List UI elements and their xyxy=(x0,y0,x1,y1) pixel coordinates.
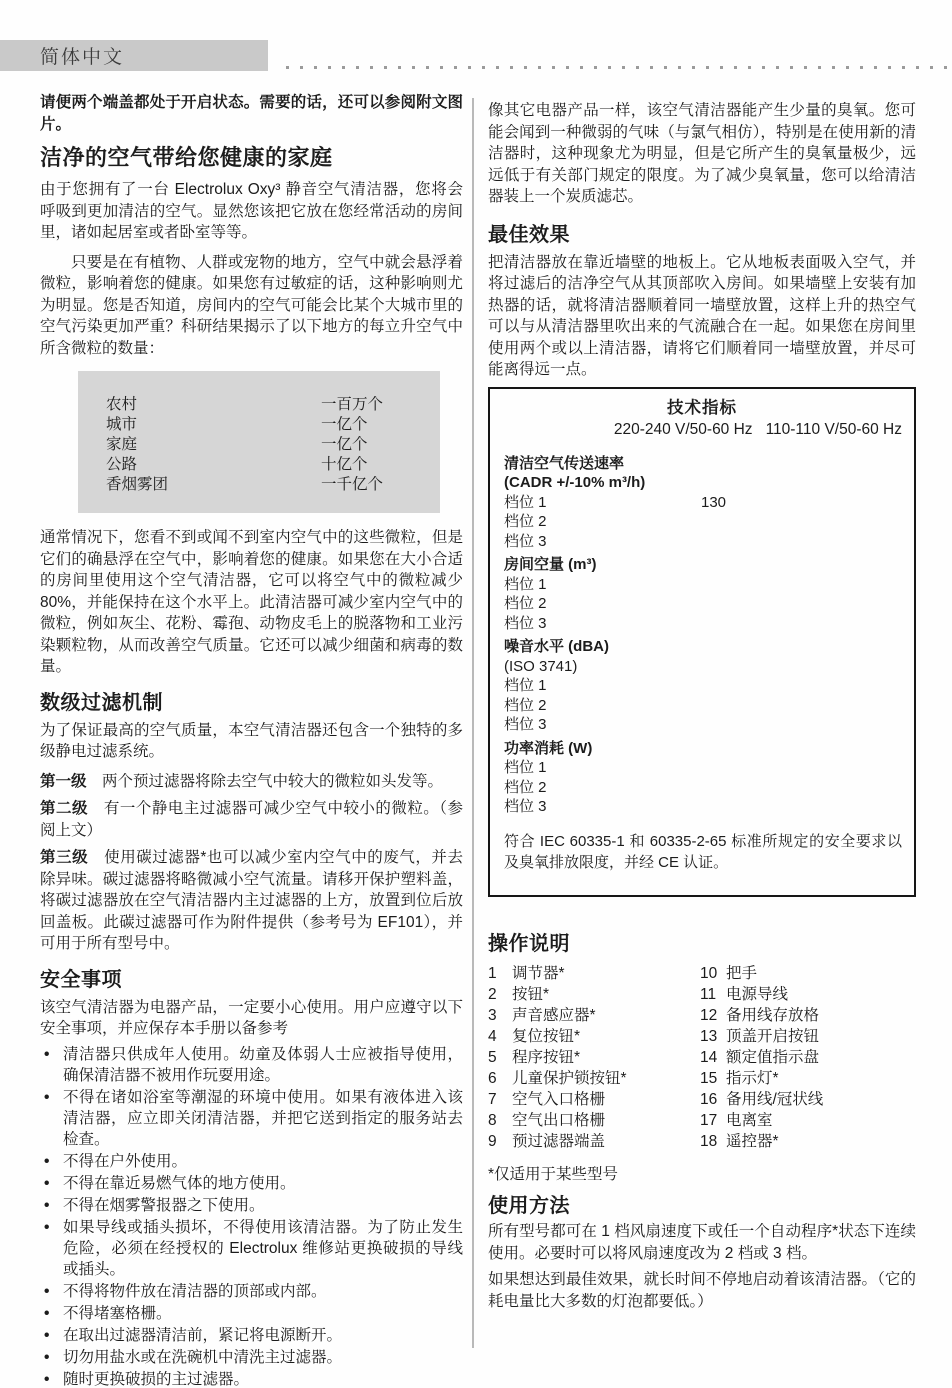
safety-item: 清洁器只供成年人使用。幼童及体弱人士应被指导使用，确保清洁器不被用作玩耍用途。 xyxy=(40,1044,463,1086)
section-title-filter: 数级过滤机制 xyxy=(40,690,463,716)
spec-row: 档位 2 xyxy=(504,594,902,614)
safety-item: 在取出过滤器清洁前，紧记将电源断开。 xyxy=(40,1325,463,1346)
safety-list: 清洁器只供成年人使用。幼童及体弱人士应被指导使用，确保清洁器不被用作玩耍用途。 … xyxy=(40,1044,463,1388)
spec-row: 档位 3 xyxy=(504,532,902,552)
language-tab-label: 简体中文 xyxy=(40,42,124,69)
spec-row: 档位 2 xyxy=(504,778,902,798)
paragraph-particles: 只要是在有植物、人群或宠物的地方，空气中就会悬浮着微粒，影响着您的健康。如果您有… xyxy=(40,252,463,360)
spec-heading: 噪音水平 (dBA) xyxy=(504,637,902,657)
section-title-usage: 使用方法 xyxy=(488,1193,916,1219)
filter-stage: 第三级 使用碳过滤器*也可以减少室内空气中的废气，并去除异味。碳过滤器将略微减小… xyxy=(40,847,463,955)
filter-stage: 第二级 有一个静电主过滤器可减少空气中较小的微粒。（参阅上文） xyxy=(40,798,463,841)
paragraph-usage-1: 所有型号都可在 1 档风扇速度下或任一个自动程序*状态下连续使用。必要时可以将风… xyxy=(488,1221,916,1264)
safety-item: 随时更换破损的主过滤器。 xyxy=(40,1369,463,1388)
stage-text: 两个预过滤器将除去空气中较大的微粒如头发等。 xyxy=(102,773,443,790)
section-title-operation: 操作说明 xyxy=(488,931,916,957)
safety-item: 不得堵塞格栅。 xyxy=(40,1303,463,1324)
specs-voltage-row: 220-240 V/50-60 Hz110-110 V/50-60 Hz xyxy=(498,419,906,440)
right-column: 像其它电器产品一样，该空气清洁器能产生少量的臭氧。您可能会闻到一种微弱的气味（与… xyxy=(488,92,916,1312)
safety-item: 不得在诸如浴室等潮湿的环境中使用。如果有液体进入该清洁器，应立即关闭清洁器，并把… xyxy=(40,1087,463,1150)
dotted-separator xyxy=(286,66,950,69)
tech-specs-box: 技术指标 220-240 V/50-60 Hz110-110 V/50-60 H… xyxy=(488,387,916,897)
spec-section-cadr: 清洁空气传送速率 (CADR +/-10% m³/h) 档位 1130 档位 2… xyxy=(504,454,902,552)
parts-row: 3声音感应器*12备用线存放格 xyxy=(488,1005,916,1026)
spec-row: 档位 1 xyxy=(504,575,902,595)
filter-stages: 第一级 两个预过滤器将除去空气中较大的微粒如头发等。 第二级 有一个静电主过滤器… xyxy=(40,771,463,955)
table-row: 香烟雾团 一千亿个 xyxy=(106,475,430,495)
parts-row: 4复位按钮*13顶盖开启按钮 xyxy=(488,1026,916,1047)
row-value: 十亿个 xyxy=(321,455,368,475)
table-row: 城市 一亿个 xyxy=(106,415,430,435)
specs-header: 技术指标 220-240 V/50-60 Hz110-110 V/50-60 H… xyxy=(490,389,914,446)
row-value: 一千亿个 xyxy=(321,475,383,495)
parts-row: 6儿童保护锁按钮*15指示灯* xyxy=(488,1068,916,1089)
particle-count-table: 农村 一百万个 城市 一亿个 家庭 一亿个 公路 十亿个 香烟雾团 一千亿个 xyxy=(78,371,440,513)
parts-row: 1调节器*10把手 xyxy=(488,963,916,984)
manual-page: 简体中文 请便两个端盖都处于开启状态。需要的话，还可以参阅附文图片。 洁净的空气… xyxy=(0,0,952,1388)
paragraph-usage-2: 如果想达到最佳效果，就长时间不停地启动着该清洁器。（它的耗电量比大多数的灯泡都要… xyxy=(488,1269,916,1312)
spec-section-noise: 噪音水平 (dBA) (ISO 3741) 档位 1 档位 2 档位 3 xyxy=(504,637,902,735)
specs-title: 技术指标 xyxy=(498,397,906,419)
parts-row: 2按钮*11电源导线 xyxy=(488,984,916,1005)
safety-item: 不得在户外使用。 xyxy=(40,1151,463,1172)
spec-row: 档位 3 xyxy=(504,715,902,735)
safety-item: 不得在烟雾警报器之下使用。 xyxy=(40,1195,463,1216)
left-column: 请便两个端盖都处于开启状态。需要的话，还可以参阅附文图片。 洁净的空气带给您健康… xyxy=(40,92,463,1388)
spec-row: 档位 3 xyxy=(504,797,902,817)
voltage-column-1: 220-240 V/50-60 Hz xyxy=(614,421,753,438)
stage-text: 有一个静电主过滤器可减少空气中较小的微粒。（参阅上文） xyxy=(40,800,463,839)
parts-row: 8空气出口格栅17电离室 xyxy=(488,1110,916,1131)
row-label: 农村 xyxy=(106,395,321,415)
spec-subheading: (CADR +/-10% m³/h) xyxy=(504,473,902,493)
page-title: 洁净的空气带给您健康的家庭 xyxy=(40,143,463,173)
row-label: 公路 xyxy=(106,455,321,475)
paragraph-benefits: 通常情况下，您看不到或闻不到室内空气中的这些微粒，但是它们的确悬浮在空气中，影响… xyxy=(40,527,463,678)
table-row: 家庭 一亿个 xyxy=(106,435,430,455)
safety-item: 如果导线或插头损坏，不得使用该清洁器。为了防止发生危险，必须在经授权的 Elec… xyxy=(40,1217,463,1280)
table-row: 农村 一百万个 xyxy=(106,395,430,415)
stage-label: 第三级 xyxy=(40,849,88,866)
voltage-column-2: 110-110 V/50-60 Hz xyxy=(766,421,902,438)
specs-compliance-note: 符合 IEC 60335-1 和 60335-2-65 标准所规定的安全要求以及… xyxy=(504,831,902,873)
parts-list: 1调节器*10把手 2按钮*11电源导线 3声音感应器*12备用线存放格 4复位… xyxy=(488,963,916,1152)
spec-section-room-volume: 房间空量 (m³) 档位 1 档位 2 档位 3 xyxy=(504,555,902,633)
column-divider xyxy=(472,98,474,1348)
paragraph-ozone: 像其它电器产品一样，该空气清洁器能产生少量的臭氧。您可能会闻到一种微弱的气味（与… xyxy=(488,100,916,208)
stage-label: 第一级 xyxy=(40,773,87,790)
parts-row: 5程序按钮*14额定值指示盘 xyxy=(488,1047,916,1068)
spec-row: 档位 2 xyxy=(504,696,902,716)
spec-heading: 功率消耗 (W) xyxy=(504,739,902,759)
spec-heading: 房间空量 (m³) xyxy=(504,555,902,575)
paragraph-placement: 把清洁器放在靠近墙壁的地板上。它从地板表面吸入空气，并将过滤后的洁净空气从其顶部… xyxy=(488,252,916,381)
row-value: 一百万个 xyxy=(321,395,383,415)
stage-label: 第二级 xyxy=(40,800,88,817)
paragraph-clean-air: 由于您拥有了一台 Electrolux Oxy³ 静音空气清洁器，您将会呼吸到更… xyxy=(40,179,463,244)
language-tab: 简体中文 xyxy=(0,40,268,71)
spec-row: 档位 2 xyxy=(504,512,902,532)
spec-heading: 清洁空气传送速率 xyxy=(504,454,902,474)
safety-item: 切勿用盐水或在洗碗机中清洗主过滤器。 xyxy=(40,1347,463,1368)
row-label: 香烟雾团 xyxy=(106,475,321,495)
safety-item: 不得将物件放在清洁器的顶部或内部。 xyxy=(40,1281,463,1302)
table-row: 公路 十亿个 xyxy=(106,455,430,475)
spec-row: 档位 1 xyxy=(504,676,902,696)
parts-row: 7空气入口格栅16备用线/冠状线 xyxy=(488,1089,916,1110)
safety-item: 不得在靠近易燃气体的地方使用。 xyxy=(40,1173,463,1194)
parts-row: 9预过滤器端盖18遥控器* xyxy=(488,1131,916,1152)
spec-row: 档位 1130 xyxy=(504,493,902,513)
spec-subheading: (ISO 3741) xyxy=(504,657,902,677)
spec-row: 档位 1 xyxy=(504,758,902,778)
asterisk-footnote: *仅适用于某些型号 xyxy=(488,1164,916,1186)
paragraph-safety-intro: 该空气清洁器为电器产品，一定要小心使用。用户应遵守以下安全事项，并应保存本手册以… xyxy=(40,997,463,1040)
row-label: 家庭 xyxy=(106,435,321,455)
spec-section-power: 功率消耗 (W) 档位 1 档位 2 档位 3 xyxy=(504,739,902,817)
section-title-best-effect: 最佳效果 xyxy=(488,222,916,248)
row-value: 一亿个 xyxy=(321,435,368,455)
row-value: 一亿个 xyxy=(321,415,368,435)
row-label: 城市 xyxy=(106,415,321,435)
section-title-safety: 安全事项 xyxy=(40,967,463,993)
intro-note: 请便两个端盖都处于开启状态。需要的话，还可以参阅附文图片。 xyxy=(40,92,463,135)
paragraph-filter-intro: 为了保证最高的空气质量，本空气清洁器还包含一个独特的多级静电过滤系统。 xyxy=(40,720,463,763)
stage-text: 使用碳过滤器*也可以减少室内空气中的废气，并去除异味。碳过滤器将略微减小空气流量… xyxy=(40,849,463,952)
filter-stage: 第一级 两个预过滤器将除去空气中较大的微粒如头发等。 xyxy=(40,771,463,793)
specs-body: 清洁空气传送速率 (CADR +/-10% m³/h) 档位 1130 档位 2… xyxy=(490,446,914,895)
spec-row: 档位 3 xyxy=(504,614,902,634)
